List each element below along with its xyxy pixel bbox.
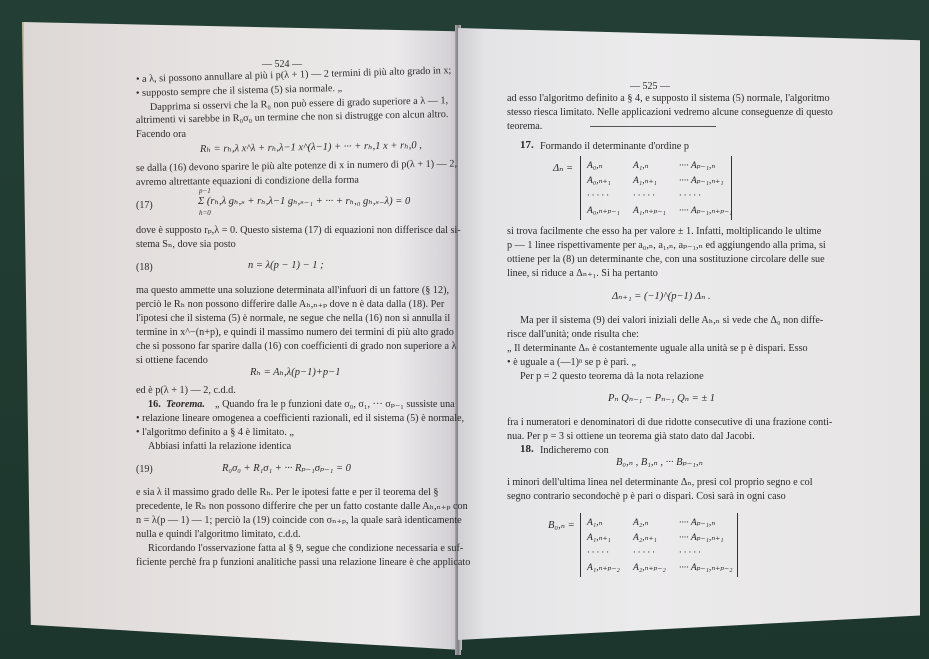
sum-upper-limit: p−1 <box>199 187 211 195</box>
det2-cell: ···· Aₚ₋₁,ₙ <box>679 515 725 530</box>
det1-cell: A₁,ₙ₊₁ <box>633 173 679 188</box>
left-line-9: stema Sₙ, dove sia posto <box>136 238 236 251</box>
equation-18: n = λ(p − 1) − 1 ; <box>248 260 324 271</box>
det1-cell: ···· Aₚ₋₁,ₙ₊ₚ₋₁ <box>679 203 733 218</box>
determinant-1-label: Δₙ = <box>553 162 573 174</box>
determinant-2-label: B₀,ₙ = <box>548 519 575 531</box>
det2-cell: A₁,ₙ₊ₚ₋₂ <box>587 560 633 575</box>
right-line-2: stesso riesca limitato. Nelle applicazio… <box>507 106 833 119</box>
section-17-text: Formando il determinante d'ordine p <box>540 140 689 153</box>
section-16-line-4: Abbiasi infatti la relazione identica <box>148 440 291 453</box>
section-16-title: Teorema. <box>166 398 205 411</box>
left-line-14: che si possono far sparire dalla (16) co… <box>136 340 456 353</box>
section-16-line-1: „ Quando fra le p funzioni date σ₀, σ₁, … <box>215 398 455 411</box>
right-line-6: ottiene per la (8) un determinante che, … <box>507 253 825 266</box>
right-line-5: p — 1 linee rispettivamente per a₀,ₙ, a₁… <box>507 239 826 252</box>
left-line-13: termine in x^−(n+p), e quindi il massimo… <box>136 326 454 339</box>
equation-delta: Δₙ₊₁ = (−1)^(p−1) Δₙ . <box>612 290 711 302</box>
equation-18-label: (18) <box>136 262 153 273</box>
right-line-14: nua. Per p = 3 si ottiene un teorema già… <box>507 430 755 443</box>
det1-cell: A₁,ₙ <box>633 158 679 173</box>
section-divider <box>590 126 716 127</box>
det2-cell: A₂,ₙ₊ₚ₋₂ <box>633 560 679 575</box>
left-line-19: n = λ(p — 1) — 1; perciò la (19) coincid… <box>136 514 462 527</box>
right-line-7: linee, si riduce a Δₙ₊₁. Si ha pertanto <box>507 267 658 280</box>
right-line-13: fra i numeratori e denominatori di due r… <box>507 416 832 429</box>
equation-19: R₀σ₀ + R₁σ₁ + ··· Rₚ₋₁σₚ₋₁ = 0 <box>222 462 351 474</box>
right-line-1: ad esso l'algoritmo definito a § 4, e su… <box>507 92 830 105</box>
right-line-10: „ Il determinante Δₙ è costantemente ugu… <box>507 342 808 355</box>
det1-cell: A₀,ₙ₊ₚ₋₁ <box>587 203 633 218</box>
left-line-8: dove è supposto rₚ,λ = 0. Questo sistema… <box>136 224 461 237</box>
determinant-1: A₀,ₙA₁,ₙ···· Aₚ₋₁,ₙ A₀,ₙ₊₁A₁,ₙ₊₁···· Aₚ₋… <box>580 156 732 220</box>
det2-cell: ···· Aₚ₋₁,ₙ₊ₚ₋₂ <box>679 560 733 575</box>
left-line-12: l'ipotesi che il sistema (5) è normale, … <box>136 312 450 325</box>
equation-Rh: Rₕ = Aₕ,λ(p−1)+p−1 <box>250 366 340 378</box>
det2-cell: A₂,ₙ₊₁ <box>633 530 679 545</box>
left-line-7: avremo altrettante equazioni di condizio… <box>136 174 359 190</box>
right-line-8: Ma per il sistema (9) dei valori inizial… <box>520 314 823 327</box>
left-line-21: Ricordando l'osservazione fatta al § 9, … <box>148 542 463 555</box>
section-16-line-3: • l'algoritmo definito a § 4 è limitato.… <box>136 426 294 439</box>
det1-cell: A₀,ₙ₊₁ <box>587 173 633 188</box>
right-line-9: risce dall'unità; onde risulta che: <box>507 328 639 341</box>
right-line-15: i minori dell'ultima linea nel determina… <box>507 476 813 489</box>
section-17-number: 17. <box>520 139 534 152</box>
det2-cell: A₂,ₙ <box>633 515 679 530</box>
det1-cell: · · · · · <box>587 188 633 203</box>
det2-cell: A₁,ₙ <box>587 515 633 530</box>
det2-cell: · · · · · <box>633 545 679 560</box>
left-line-16: ed è p(λ + 1) — 2, c.d.d. <box>136 384 236 397</box>
sum-lower-limit: h=0 <box>199 209 211 217</box>
section-18-number: 18. <box>520 443 534 456</box>
right-line-4: si trova facilmente che esso ha per valo… <box>507 225 821 238</box>
det2-cell: · · · · · <box>587 545 633 560</box>
right-line-3: teorema. <box>507 120 542 133</box>
det1-cell: A₁,ₙ₊ₚ₋₁ <box>633 203 679 218</box>
equation-17: Σ (rₕ,λ gₕ,ₛ + rₕ,λ−1 gₕ,ₛ₋₁ + ··· + rₕ,… <box>198 195 410 207</box>
right-line-16: segno contrario secondochè p è pari o di… <box>507 490 786 503</box>
right-line-12: Per p = 2 questo teorema dà la nota rela… <box>520 370 704 383</box>
left-line-22: ficiente perchè fra p funzioni analitich… <box>136 556 470 569</box>
section-16-number: 16. <box>148 398 161 411</box>
section-16-line-2: • relazione lineare omogenea a coefficie… <box>136 412 464 425</box>
left-line-10: ma questo ammette una soluzione determin… <box>136 284 449 297</box>
det1-cell: · · · · · <box>633 188 679 203</box>
det2-cell: · · · · · <box>679 545 725 560</box>
equation-17-label: (17) <box>136 200 153 211</box>
left-line-17: e sia λ il massimo grado delle Rₕ. Per l… <box>136 486 438 499</box>
det1-cell: ···· Aₚ₋₁,ₙ₊₁ <box>679 173 725 188</box>
det1-cell: A₀,ₙ <box>587 158 633 173</box>
left-line-15: si ottiene facendo <box>136 354 208 367</box>
equation-B: B₀,ₙ , B₁,ₙ , ··· Bₚ₋₁,ₙ <box>616 456 703 468</box>
determinant-2: A₁,ₙA₂,ₙ···· Aₚ₋₁,ₙ A₁,ₙ₊₁A₂,ₙ₊₁···· Aₚ₋… <box>580 513 738 577</box>
left-line-20: nulla e quindi l'algoritmo limitato, c.d… <box>136 528 301 541</box>
section-18-text: Indicheremo con <box>540 444 609 457</box>
equation-P: Pₙ Qₙ₋₁ − Pₙ₋₁ Qₙ = ± 1 <box>608 392 715 404</box>
det1-cell: ···· Aₚ₋₁,ₙ <box>679 158 725 173</box>
det1-cell: · · · · · <box>679 188 725 203</box>
left-line-5: Facendo ora <box>136 128 186 141</box>
det2-cell: A₁,ₙ₊₁ <box>587 530 633 545</box>
left-line-11: perciò le Rₕ non possono differire dalle… <box>136 298 444 311</box>
right-line-11: • è uguale a (—1)ⁿ se p è pari. „ <box>507 356 636 369</box>
det2-cell: ···· Aₚ₋₁,ₙ₊₁ <box>679 530 725 545</box>
equation-19-label: (19) <box>136 464 153 475</box>
left-line-18: precedente, le Rₕ non possono differire … <box>136 500 468 513</box>
